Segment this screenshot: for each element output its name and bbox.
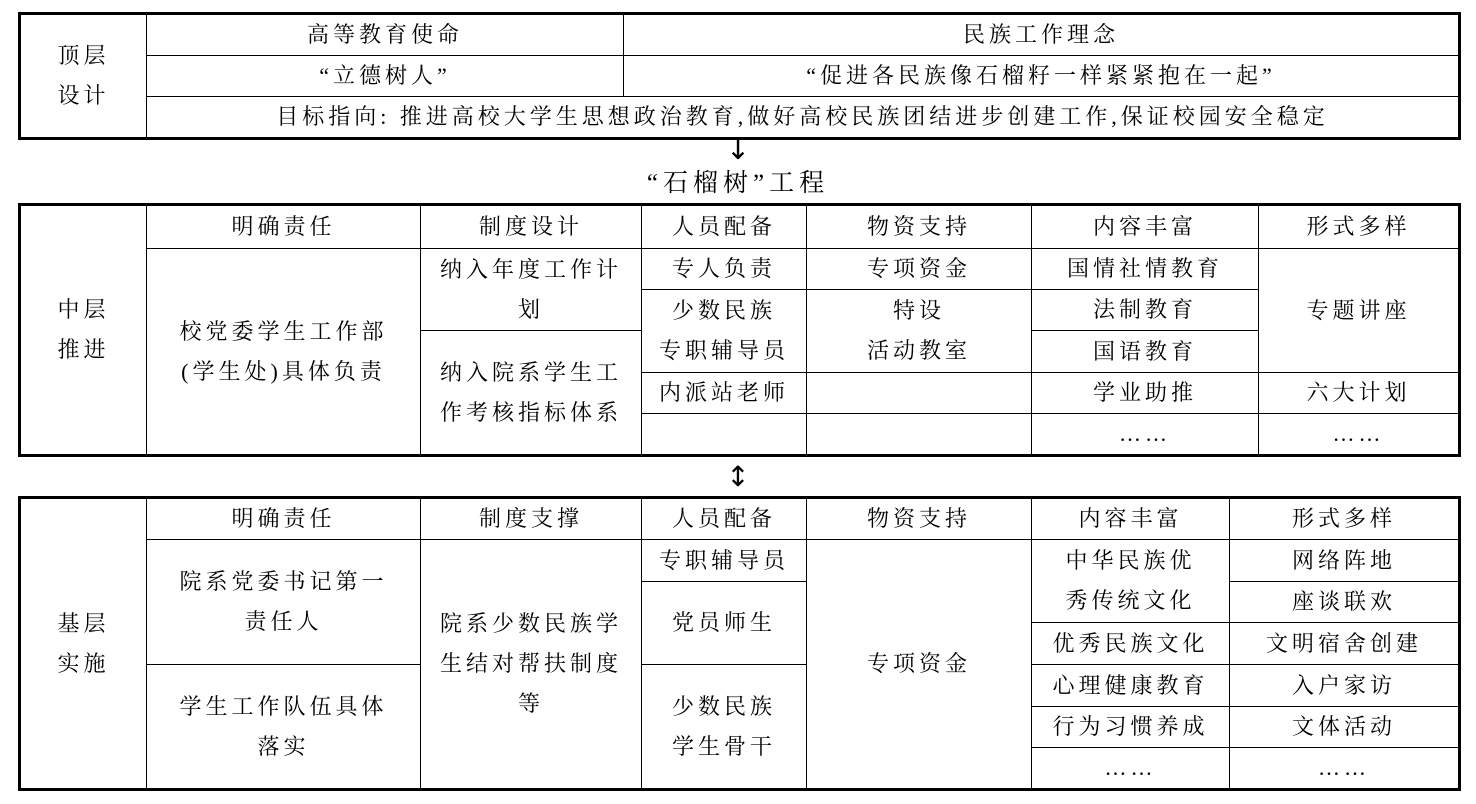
bottom-content-habit-formation: 行为习惯养成 (1032, 707, 1230, 748)
middle-header-system: 制度设计 (421, 205, 642, 249)
bottom-staffing-party-members: 党员师生 (642, 582, 807, 665)
top-level-design-table: 顶层 设计 高等教育使命 民族工作理念 “立德树人” “促进各民族像石榴籽一样紧… (18, 12, 1461, 140)
education-mission-header: 高等教育使命 (147, 14, 624, 56)
pomegranate-tree-project-diagram: 顶层 设计 高等教育使命 民族工作理念 “立德树人” “促进各民族像石榴籽一样紧… (0, 0, 1476, 804)
bottom-content-more: …… (1032, 748, 1230, 790)
middle-header-content: 内容丰富 (1032, 205, 1259, 249)
middle-system-annual-plan: 纳入年度工作计 划 (421, 249, 642, 331)
bottom-header-form: 形式多样 (1230, 498, 1460, 540)
bottom-header-system: 制度支撑 (421, 498, 642, 540)
middle-material-empty-2 (807, 414, 1032, 456)
bottom-staffing-counselor: 专职辅导员 (642, 540, 807, 582)
middle-content-national-social-education: 国情社情教育 (1032, 249, 1259, 290)
bottom-responsibility-party-secretary: 院系党委书记第一 责任人 (147, 540, 421, 665)
bottom-header-staffing: 人员配备 (642, 498, 807, 540)
bottom-material-special-fund: 专项资金 (807, 540, 1032, 790)
middle-content-academic-boost: 学业助推 (1032, 373, 1259, 414)
middle-staffing-dedicated-person: 专人负责 (642, 249, 807, 290)
top-row-label: 顶层 设计 (20, 14, 147, 139)
grassroots-level-table: 基层 实施 明确责任 制度支撑 人员配备 物资支持 内容丰富 形式多样 院系党委… (18, 496, 1461, 791)
middle-content-legal-education: 法制教育 (1032, 290, 1259, 331)
middle-form-more: …… (1259, 414, 1460, 456)
bottom-header-material: 物资支持 (807, 498, 1032, 540)
middle-content-more: …… (1032, 414, 1259, 456)
bottom-content-mental-health: 心理健康教育 (1032, 665, 1230, 707)
double-arrow-icon: ↕ (0, 460, 1476, 494)
ethnic-work-concept-header: 民族工作理念 (624, 14, 1460, 56)
bottom-row-label: 基层 实施 (20, 498, 147, 790)
bottom-content-chinese-traditional-culture: 中华民族优 秀传统文化 (1032, 540, 1230, 623)
bottom-header-content: 内容丰富 (1032, 498, 1230, 540)
middle-staffing-neipai-teacher: 内派站老师 (642, 373, 807, 414)
project-title: “石榴树”工程 (0, 166, 1476, 202)
bottom-form-cultural-sports: 文体活动 (1230, 707, 1460, 748)
bottom-form-online-platform: 网络阵地 (1230, 540, 1460, 582)
middle-system-assessment: 纳入院系学生工 作考核指标体系 (421, 331, 642, 456)
middle-material-activity-room: 特设 活动教室 (807, 290, 1032, 373)
middle-header-responsibility: 明确责任 (147, 205, 421, 249)
middle-level-table: 中层 推进 明确责任 制度设计 人员配备 物资支持 内容丰富 形式多样 校党委学… (18, 203, 1461, 457)
bottom-content-ethnic-culture: 优秀民族文化 (1032, 623, 1230, 665)
bottom-form-civilized-dorm: 文明宿舍创建 (1230, 623, 1460, 665)
down-arrow-icon: ↓ (0, 132, 1476, 166)
middle-header-staffing: 人员配备 (642, 205, 807, 249)
middle-row-label: 中层 推进 (20, 205, 147, 456)
middle-staffing-minority-counselor: 少数民族 专职辅导员 (642, 290, 807, 373)
bottom-staffing-minority-backbone: 少数民族 学生骨干 (642, 665, 807, 790)
ethnic-work-concept-value: “促进各民族像石榴籽一样紧紧抱在一起” (624, 56, 1460, 97)
bottom-form-home-visits: 入户家访 (1230, 665, 1460, 707)
middle-form-lectures: 专题讲座 (1259, 249, 1460, 373)
middle-material-empty-1 (807, 373, 1032, 414)
education-mission-value: “立德树人” (147, 56, 624, 97)
middle-responsibility-dept: 校党委学生工作部 (学生处)具体负责 (147, 249, 421, 456)
middle-staffing-empty (642, 414, 807, 456)
bottom-system-pairing-support: 院系少数民族学 生结对帮扶制度 等 (421, 540, 642, 790)
middle-form-six-plans: 六大计划 (1259, 373, 1460, 414)
middle-material-special-fund: 专项资金 (807, 249, 1032, 290)
bottom-header-responsibility: 明确责任 (147, 498, 421, 540)
bottom-form-more: …… (1230, 748, 1460, 790)
middle-content-mandarin-education: 国语教育 (1032, 331, 1259, 373)
bottom-responsibility-student-work-team: 学生工作队伍具体 落实 (147, 665, 421, 790)
bottom-form-symposium: 座谈联欢 (1230, 582, 1460, 623)
middle-header-form: 形式多样 (1259, 205, 1460, 249)
middle-header-material: 物资支持 (807, 205, 1032, 249)
